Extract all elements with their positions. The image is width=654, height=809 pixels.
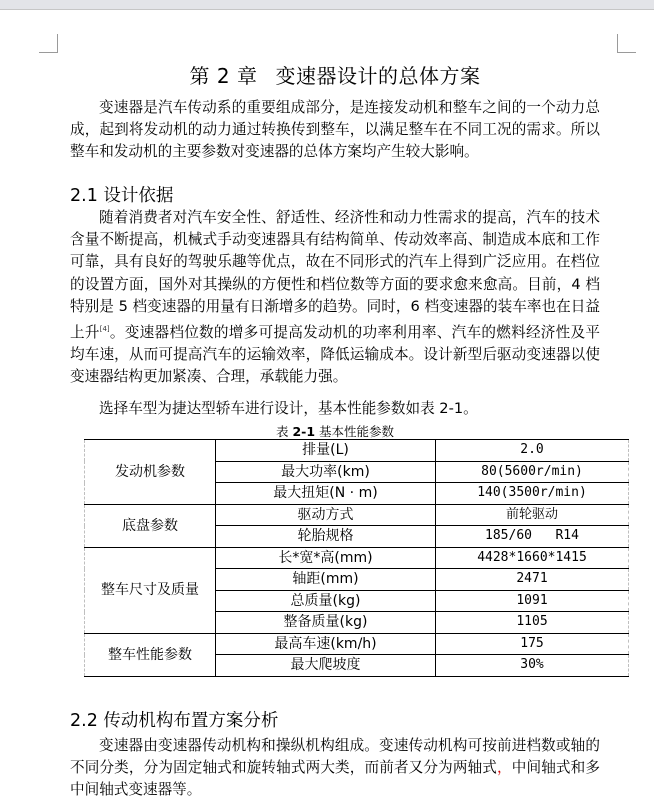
caption-text: 基本性能参数 (315, 424, 394, 439)
param-cell: 轮胎规格 (216, 526, 436, 548)
value-cell: 30% (436, 655, 629, 677)
caption-number: 2-1 (292, 424, 315, 439)
section-2-1-paragraph-1: 随着消费者对汽车安全性、舒适性、经济性和动力性需求的提高，汽车的技术含量不断提高… (70, 207, 600, 388)
param-cell: 轴距(mm) (216, 569, 436, 591)
param-cell: 总质量(kg) (216, 590, 436, 612)
section-2-1-paragraph-2: 选择车型为捷达型轿车进行设计，基本性能参数如表 2-1。 (70, 398, 600, 420)
value-cell: 185/60 R14 (436, 526, 629, 548)
toolbar-edge (0, 0, 654, 10)
param-cell: 最大扭矩(N · m) (216, 483, 436, 505)
chapter-title: 第 2 章变速器设计的总体方案 (70, 60, 600, 89)
value-cell: 140(3500r/min) (436, 483, 629, 505)
table-row: 发动机参数 排量(L) 2.0 (85, 440, 629, 462)
margin-corner-mark-left (39, 34, 58, 53)
intro-paragraph: 变速器是汽车传动系的重要组成部分，是连接发动机和整车之间的一个动力总成，起到将发… (70, 97, 600, 164)
spec-table: 发动机参数 排量(L) 2.0 最大功率(km) 80(5600r/min) 最… (84, 439, 629, 677)
value-cell: 4428*1660*1415 (436, 547, 629, 569)
param-cell: 最高车速(km/h) (216, 633, 436, 655)
section-heading-2-2: 2.2 传动机构布置方案分析 (70, 707, 278, 732)
value-cell: 2.0 (436, 440, 629, 462)
value-cell: 175 (436, 633, 629, 655)
param-cell: 排量(L) (216, 440, 436, 462)
param-cell: 最大功率(km) (216, 461, 436, 483)
citation-ref[interactable]: [4] (100, 325, 110, 333)
group-cell: 整车性能参数 (85, 633, 216, 676)
group-cell: 发动机参数 (85, 440, 216, 505)
table-row: 底盘参数 驱动方式 前轮驱动 (85, 504, 629, 526)
section-2-2-paragraph: 变速器由变速器传动机构和操纵机构组成。变速传动机构可按前进档数或轴的不同分类，分… (70, 735, 600, 802)
flagged-punctuation: ， (497, 759, 512, 776)
section-heading-2-1: 2.1 设计依据 (70, 182, 173, 207)
value-cell: 前轮驱动 (436, 504, 629, 526)
caption-prefix: 表 (276, 424, 292, 439)
table-row: 整车尺寸及质量 长*宽*高(mm) 4428*1660*1415 (85, 547, 629, 569)
value-cell: 2471 (436, 569, 629, 591)
paragraph-text: 。变速器档位数的增多可提高发动机的功率利用率、汽车的燃料经济性及平均车速，从而可… (70, 324, 600, 385)
group-cell: 底盘参数 (85, 504, 216, 547)
param-cell: 最大爬坡度 (216, 655, 436, 677)
value-cell: 80(5600r/min) (436, 461, 629, 483)
param-cell: 驱动方式 (216, 504, 436, 526)
param-cell: 整备质量(kg) (216, 612, 436, 634)
group-cell: 整车尺寸及质量 (85, 547, 216, 633)
margin-corner-mark-right (617, 34, 636, 53)
paragraph-text: 随着消费者对汽车安全性、舒适性、经济性和动力性需求的提高，汽车的技术含量不断提高… (70, 209, 600, 341)
param-cell: 长*宽*高(mm) (216, 547, 436, 569)
table-row: 整车性能参数 最高车速(km/h) 175 (85, 633, 629, 655)
chapter-number: 第 2 章 (190, 64, 258, 88)
chapter-title-text: 变速器设计的总体方案 (275, 64, 480, 88)
value-cell: 1105 (436, 612, 629, 634)
value-cell: 1091 (436, 590, 629, 612)
table-caption: 表 2-1 基本性能参数 (70, 422, 600, 440)
